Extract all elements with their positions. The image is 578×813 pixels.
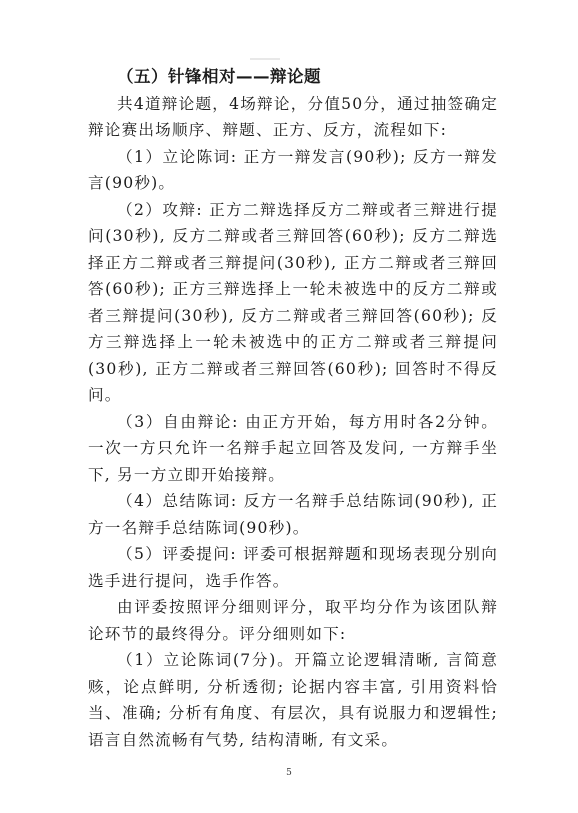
rule-free-debate: （3）自由辩论: 由正方开始，每方用时各2分钟。一次一方只允许一名辩手起立回答及… — [88, 409, 498, 489]
rule-opening-statement: （1）立论陈词: 正方一辩发言(90秒); 反方一辩发言(90秒)。 — [88, 144, 498, 197]
section-heading: （五）针锋相对——辩论题 — [88, 64, 498, 91]
scoring-intro: 由评委按照评分细则评分，取平均分作为该团队辩论环节的最终得分。评分细则如下: — [88, 594, 498, 647]
rule-judge-questions: （5）评委提问: 评委可根据辩题和现场表现分别向选手进行提问，选手作答。 — [88, 541, 498, 594]
page-number: 5 — [0, 768, 578, 778]
rule-cross-examination: （2）攻辩: 正方二辩选择反方二辩或者三辩进行提问(30秒), 反方二辩或者三辩… — [88, 197, 498, 409]
intro-paragraph: 共4道辩论题，4场辩论，分值50分，通过抽签确定辩论赛出场顺序、辩题、正方、反方… — [88, 91, 498, 144]
scan-artifact — [250, 58, 280, 60]
scoring-criterion-opening: （1）立论陈词(7分)。开篇立论逻辑清晰, 言简意赅，论点鲜明, 分析透彻; 论… — [88, 647, 498, 753]
rule-closing-statement: （4）总结陈词: 反方一名辩手总结陈词(90秒), 正方一名辩手总结陈词(90秒… — [88, 488, 498, 541]
document-page: （五）针锋相对——辩论题 共4道辩论题，4场辩论，分值50分，通过抽签确定辩论赛… — [88, 64, 498, 753]
